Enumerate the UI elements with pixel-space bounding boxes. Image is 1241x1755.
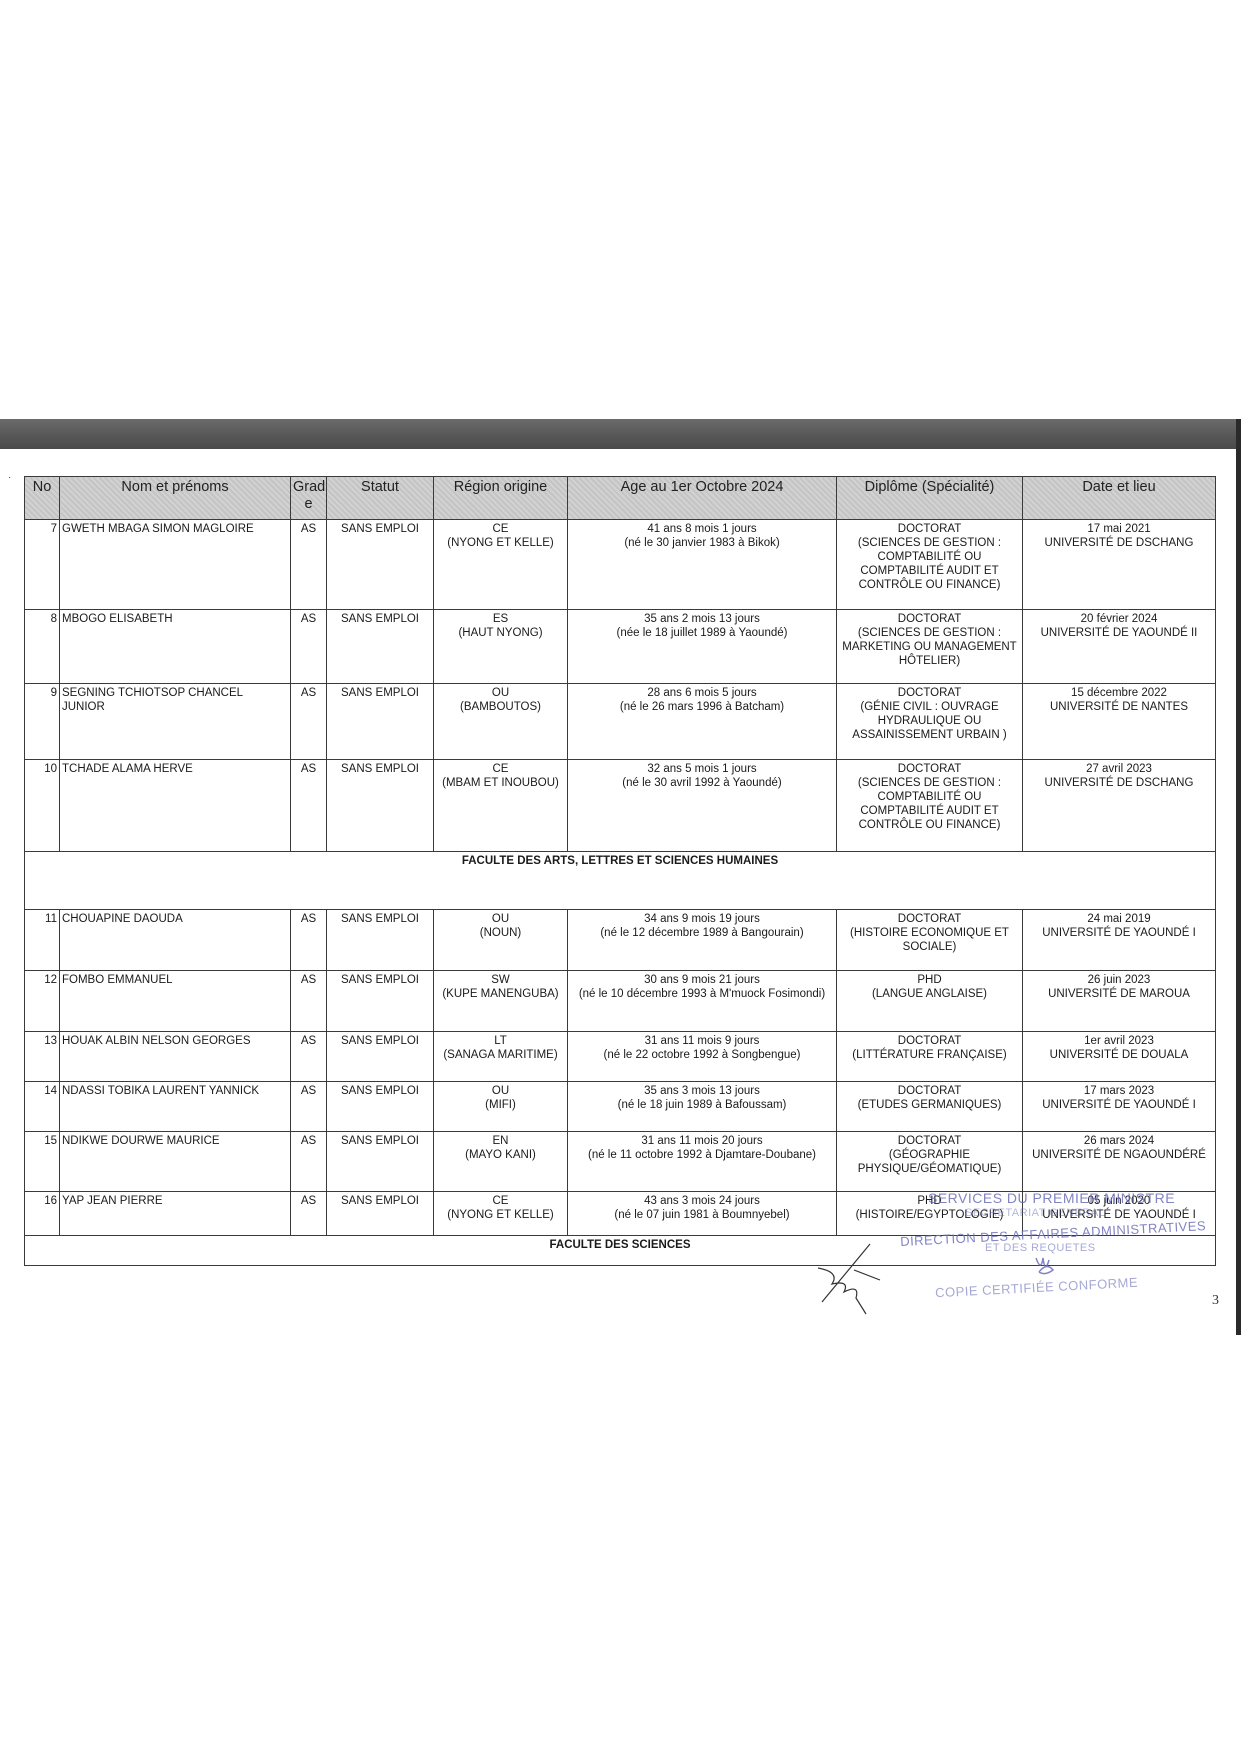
date-obtention: 26 juin 2023 [1025,973,1213,987]
table-row: 11CHOUAPINE DAOUDAASSANS EMPLOIOU(NOUN)3… [25,910,1216,971]
age: 35 ans 2 mois 13 jours [570,612,834,626]
stamp-line-2: SECRETARIAT GENERAL [965,1207,1105,1219]
lieu-obtention: UNIVERSITÉ DE NGAOUNDÉRÉ [1025,1148,1213,1162]
region-origine: OU(NOUN) [434,910,568,971]
birth-info: (né le 26 mars 1996 à Batcham) [570,700,834,714]
candidate-name: HOUAK ALBIN NELSON GEORGES [60,1032,291,1082]
diplome: DOCTORAT [839,1134,1020,1148]
region-code: OU [436,1084,565,1098]
statut: SANS EMPLOI [327,1082,434,1132]
grade: AS [291,1192,327,1236]
diplome-cell: DOCTORAT(LITTÉRATURE FRANÇAISE) [837,1032,1023,1082]
grade: AS [291,760,327,852]
specialite: (SCIENCES DE GESTION : MARKETING OU MANA… [839,626,1020,668]
specialite: (GÉOGRAPHIE PHYSIQUE/GÉOMATIQUE) [839,1148,1020,1176]
diplome: DOCTORAT [839,612,1020,626]
date-obtention: 1er avril 2023 [1025,1034,1213,1048]
grade: AS [291,1082,327,1132]
birth-info: (né le 30 avril 1992 à Yaoundé) [570,776,834,790]
col-header-grade: Grad e [291,477,327,520]
row-number: 13 [25,1032,60,1082]
diplome: DOCTORAT [839,912,1020,926]
region-code: SW [436,973,565,987]
col-header-region: Région origine [434,477,568,520]
date-lieu-cell: 15 décembre 2022UNIVERSITÉ DE NANTES [1023,684,1216,760]
statut: SANS EMPLOI [327,610,434,684]
statut: SANS EMPLOI [327,520,434,610]
diplome: DOCTORAT [839,762,1020,776]
region-code: OU [436,912,565,926]
diplome-cell: DOCTORAT(GÉNIE CIVIL : OUVRAGE HYDRAULIQ… [837,684,1023,760]
date-obtention: 15 décembre 2022 [1025,686,1213,700]
candidate-name: NDASSI TOBIKA LAURENT YANNICK [60,1082,291,1132]
date-lieu-cell: 17 mai 2021UNIVERSITÉ DE DSCHANG [1023,520,1216,610]
age-cell: 31 ans 11 mois 20 jours(né le 11 octobre… [568,1132,837,1192]
age: 35 ans 3 mois 13 jours [570,1084,834,1098]
stamp-initials-icon [1033,1252,1057,1278]
specialite: (HISTOIRE ECONOMIQUE ET SOCIALE) [839,926,1020,954]
specialite: (LITTÉRATURE FRANÇAISE) [839,1048,1020,1062]
age-cell: 32 ans 5 mois 1 jours(né le 30 avril 199… [568,760,837,852]
diplome-cell: DOCTORAT(ETUDES GERMANIQUES) [837,1082,1023,1132]
col-header-age: Age au 1er Octobre 2024 [568,477,837,520]
lieu-obtention: UNIVERSITÉ DE DSCHANG [1025,536,1213,550]
specialite: (SCIENCES DE GESTION : COMPTABILITÉ OU C… [839,536,1020,592]
page-number: 3 [1212,1293,1219,1309]
statut: SANS EMPLOI [327,910,434,971]
birth-info: (né le 07 juin 1981 à Boumnyebel) [570,1208,834,1222]
grade: AS [291,520,327,610]
age: 30 ans 9 mois 21 jours [570,973,834,987]
region-code: CE [436,762,565,776]
row-number: 12 [25,971,60,1032]
region-code: LT [436,1034,565,1048]
age-cell: 43 ans 3 mois 24 jours(né le 07 juin 198… [568,1192,837,1236]
date-lieu-cell: 26 juin 2023UNIVERSITÉ DE MAROUA [1023,971,1216,1032]
table-row: 7GWETH MBAGA SIMON MAGLOIREASSANS EMPLOI… [25,520,1216,610]
age: 31 ans 11 mois 20 jours [570,1134,834,1148]
age-cell: 31 ans 11 mois 9 jours(né le 22 octobre … [568,1032,837,1082]
diplome-cell: DOCTORAT(GÉOGRAPHIE PHYSIQUE/GÉOMATIQUE) [837,1132,1023,1192]
row-number: 15 [25,1132,60,1192]
section-title-flsh: FACULTE DES ARTS, LETTRES ET SCIENCES HU… [25,852,1216,910]
col-header-diplome: Diplôme (Spécialité) [837,477,1023,520]
specialite: (LANGUE ANGLAISE) [839,987,1020,1001]
table-row: 14NDASSI TOBIKA LAURENT YANNICKASSANS EM… [25,1082,1216,1132]
region-department: (NYONG ET KELLE) [436,1208,565,1222]
table-row: 15NDIKWE DOURWE MAURICEASSANS EMPLOIEN(M… [25,1132,1216,1192]
diplome-cell: DOCTORAT(SCIENCES DE GESTION : COMPTABIL… [837,520,1023,610]
region-origine: OU(BAMBOUTOS) [434,684,568,760]
region-code: CE [436,522,565,536]
age-cell: 41 ans 8 mois 1 jours(né le 30 janvier 1… [568,520,837,610]
diplome-cell: DOCTORAT(SCIENCES DE GESTION : COMPTABIL… [837,760,1023,852]
region-origine: OU(MIFI) [434,1082,568,1132]
col-header-date-lieu: Date et lieu [1023,477,1216,520]
birth-info: (né le 30 janvier 1983 à Bikok) [570,536,834,550]
table-row: 8MBOGO ELISABETHASSANS EMPLOIES(HAUT NYO… [25,610,1216,684]
candidate-name: SEGNING TCHIOTSOP CHANCEL JUNIOR [60,684,291,760]
grade: AS [291,1032,327,1082]
birth-info: (né le 12 décembre 1989 à Bangourain) [570,926,834,940]
region-department: (MBAM ET INOUBOU) [436,776,565,790]
birth-info: (né le 11 octobre 1992 à Djamtare-Douban… [570,1148,834,1162]
diplome-cell: PHD(LANGUE ANGLAISE) [837,971,1023,1032]
diplome: PHD [839,973,1020,987]
statut: SANS EMPLOI [327,971,434,1032]
date-lieu-cell: 17 mars 2023UNIVERSITÉ DE YAOUNDÉ I [1023,1082,1216,1132]
candidate-name: YAP JEAN PIERRE [60,1192,291,1236]
grade: AS [291,910,327,971]
row-number: 11 [25,910,60,971]
statut: SANS EMPLOI [327,1032,434,1082]
region-origine: CE(NYONG ET KELLE) [434,520,568,610]
age-cell: 35 ans 2 mois 13 jours(née le 18 juillet… [568,610,837,684]
date-lieu-cell: 20 février 2024UNIVERSITÉ DE YAOUNDÉ II [1023,610,1216,684]
date-obtention: 20 février 2024 [1025,612,1213,626]
diplome: DOCTORAT [839,686,1020,700]
region-code: OU [436,686,565,700]
date-obtention: 27 avril 2023 [1025,762,1213,776]
col-header-no: No [25,477,60,520]
table-row: 9SEGNING TCHIOTSOP CHANCEL JUNIORASSANS … [25,684,1216,760]
candidates-table: No Nom et prénoms Grad e Statut Région o… [24,476,1216,1266]
date-obtention: 17 mai 2021 [1025,522,1213,536]
diplome-cell: DOCTORAT(HISTOIRE ECONOMIQUE ET SOCIALE) [837,910,1023,971]
region-code: EN [436,1134,565,1148]
table-row: 12FOMBO EMMANUELASSANS EMPLOISW(KUPE MAN… [25,971,1216,1032]
age: 32 ans 5 mois 1 jours [570,762,834,776]
row-number: 9 [25,684,60,760]
birth-info: (né le 22 octobre 1992 à Songbengue) [570,1048,834,1062]
row-number: 14 [25,1082,60,1132]
date-obtention: 17 mars 2023 [1025,1084,1213,1098]
col-header-name: Nom et prénoms [60,477,291,520]
lieu-obtention: UNIVERSITÉ DE DSCHANG [1025,776,1213,790]
candidate-name: CHOUAPINE DAOUDA [60,910,291,971]
section-row-flsh: FACULTE DES ARTS, LETTRES ET SCIENCES HU… [25,852,1216,910]
region-department: (HAUT NYONG) [436,626,565,640]
region-department: (BAMBOUTOS) [436,700,565,714]
age: 41 ans 8 mois 1 jours [570,522,834,536]
region-origine: ES(HAUT NYONG) [434,610,568,684]
lieu-obtention: UNIVERSITÉ DE YAOUNDÉ II [1025,626,1213,640]
age-cell: 35 ans 3 mois 13 jours(né le 18 juin 198… [568,1082,837,1132]
candidate-name: GWETH MBAGA SIMON MAGLOIRE [60,520,291,610]
statut: SANS EMPLOI [327,760,434,852]
region-code: CE [436,1194,565,1208]
date-lieu-cell: 24 mai 2019UNIVERSITÉ DE YAOUNDÉ I [1023,910,1216,971]
table-row: 10TCHADE ALAMA HERVEASSANS EMPLOICE(MBAM… [25,760,1216,852]
region-origine: CE(NYONG ET KELLE) [434,1192,568,1236]
region-origine: CE(MBAM ET INOUBOU) [434,760,568,852]
region-code: ES [436,612,565,626]
grade: AS [291,1132,327,1192]
lieu-obtention: UNIVERSITÉ DE MAROUA [1025,987,1213,1001]
candidate-name: TCHADE ALAMA HERVE [60,760,291,852]
region-department: (SANAGA MARITIME) [436,1048,565,1062]
age: 31 ans 11 mois 9 jours [570,1034,834,1048]
scan-speck: · [8,472,11,483]
age: 28 ans 6 mois 5 jours [570,686,834,700]
diplome: DOCTORAT [839,1034,1020,1048]
diplome: DOCTORAT [839,1084,1020,1098]
region-origine: LT(SANAGA MARITIME) [434,1032,568,1082]
diplome: DOCTORAT [839,522,1020,536]
date-lieu-cell: 26 mars 2024UNIVERSITÉ DE NGAOUNDÉRÉ [1023,1132,1216,1192]
region-department: (KUPE MANENGUBA) [436,987,565,1001]
row-number: 10 [25,760,60,852]
date-lieu-cell: 27 avril 2023UNIVERSITÉ DE DSCHANG [1023,760,1216,852]
region-department: (NYONG ET KELLE) [436,536,565,550]
diplome-cell: DOCTORAT(SCIENCES DE GESTION : MARKETING… [837,610,1023,684]
birth-info: (né le 18 juin 1989 à Bafoussam) [570,1098,834,1112]
stamp-line-1: SERVICES DU PREMIER MINISTRE [928,1190,1175,1206]
age: 34 ans 9 mois 19 jours [570,912,834,926]
region-origine: SW(KUPE MANENGUBA) [434,971,568,1032]
statut: SANS EMPLOI [327,684,434,760]
birth-info: (née le 18 juillet 1989 à Yaoundé) [570,626,834,640]
statut: SANS EMPLOI [327,1132,434,1192]
date-obtention: 26 mars 2024 [1025,1134,1213,1148]
region-origine: EN(MAYO KANI) [434,1132,568,1192]
candidate-name: FOMBO EMMANUEL [60,971,291,1032]
signature-icon [810,1240,900,1315]
lieu-obtention: UNIVERSITÉ DE DOUALA [1025,1048,1213,1062]
birth-info: (né le 10 décembre 1993 à M'muock Fosimo… [570,987,834,1001]
scan-shadow-band [0,419,1241,449]
specialite: (GÉNIE CIVIL : OUVRAGE HYDRAULIQUE OU AS… [839,700,1020,742]
specialite: (SCIENCES DE GESTION : COMPTABILITÉ OU C… [839,776,1020,832]
date-lieu-cell: 1er avril 2023UNIVERSITÉ DE DOUALA [1023,1032,1216,1082]
lieu-obtention: UNIVERSITÉ DE YAOUNDÉ I [1025,926,1213,940]
age-cell: 28 ans 6 mois 5 jours(né le 26 mars 1996… [568,684,837,760]
grade: AS [291,610,327,684]
lieu-obtention: UNIVERSITÉ DE YAOUNDÉ I [1025,1098,1213,1112]
specialite: (ETUDES GERMANIQUES) [839,1098,1020,1112]
candidate-name: MBOGO ELISABETH [60,610,291,684]
table-header-row: No Nom et prénoms Grad e Statut Région o… [25,477,1216,520]
scan-edge [1236,419,1241,1335]
grade: AS [291,971,327,1032]
age-cell: 30 ans 9 mois 21 jours(né le 10 décembre… [568,971,837,1032]
age: 43 ans 3 mois 24 jours [570,1194,834,1208]
statut: SANS EMPLOI [327,1192,434,1236]
table-row: 13HOUAK ALBIN NELSON GEORGESASSANS EMPLO… [25,1032,1216,1082]
grade: AS [291,684,327,760]
region-department: (MIFI) [436,1098,565,1112]
row-number: 8 [25,610,60,684]
region-department: (NOUN) [436,926,565,940]
age-cell: 34 ans 9 mois 19 jours(né le 12 décembre… [568,910,837,971]
lieu-obtention: UNIVERSITÉ DE NANTES [1025,700,1213,714]
candidate-name: NDIKWE DOURWE MAURICE [60,1132,291,1192]
row-number: 7 [25,520,60,610]
row-number: 16 [25,1192,60,1236]
region-department: (MAYO KANI) [436,1148,565,1162]
col-header-statut: Statut [327,477,434,520]
date-obtention: 24 mai 2019 [1025,912,1213,926]
